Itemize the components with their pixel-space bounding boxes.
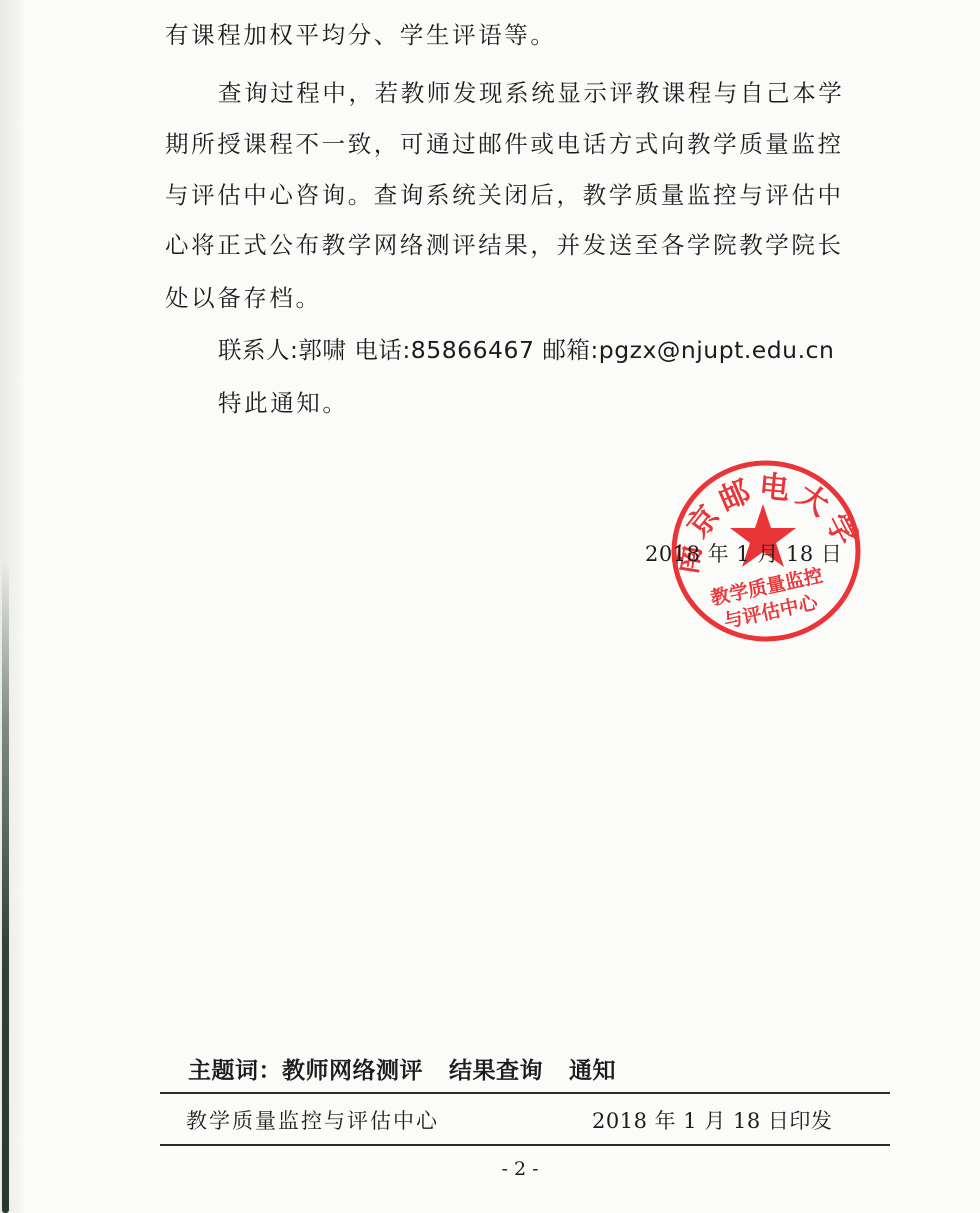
body-line-4: 与评估中心咨询。查询系统关闭后，教学质量监控与评估中 — [165, 182, 844, 208]
keyword-3: 通知 — [569, 1058, 616, 1084]
signature-date: 2018 年 1 月 18 日 — [645, 538, 842, 568]
contact-line: 联系人:郭啸 电话:85866467 邮箱:pgzx@njupt.edu.cn — [218, 337, 834, 363]
body-line-3: 期所授课程不一致，可通过邮件或电话方式向教学质量监控 — [165, 131, 844, 157]
body-line-6: 处以备存档。 — [165, 285, 322, 311]
body-line-2: 查询过程中，若教师发现系统显示评教课程与自己本学 — [218, 80, 844, 106]
keyword-2: 结果查询 — [449, 1058, 543, 1084]
issue-date: 2018 年 1 月 18 日印发 — [592, 1105, 832, 1135]
keywords-line: 主题词：教师网络测评结果查询通知 — [188, 1052, 616, 1085]
closing-line: 特此通知。 — [218, 390, 349, 416]
body-line-1: 有课程加权平均分、学生评语等。 — [165, 22, 557, 48]
scan-page-edge — [2, 560, 9, 1213]
footer-rule-top — [160, 1092, 890, 1094]
issuer: 教学质量监控与评估中心 — [186, 1105, 439, 1135]
keywords-label: 主题词： — [188, 1058, 282, 1084]
keyword-1: 教师网络测评 — [282, 1058, 423, 1084]
body-line-5: 心将正式公布教学网络测评结果，并发送至各学院教学院长 — [165, 232, 844, 258]
footer-rule-bottom — [160, 1144, 890, 1146]
page-number: - 2 - — [490, 1158, 550, 1180]
